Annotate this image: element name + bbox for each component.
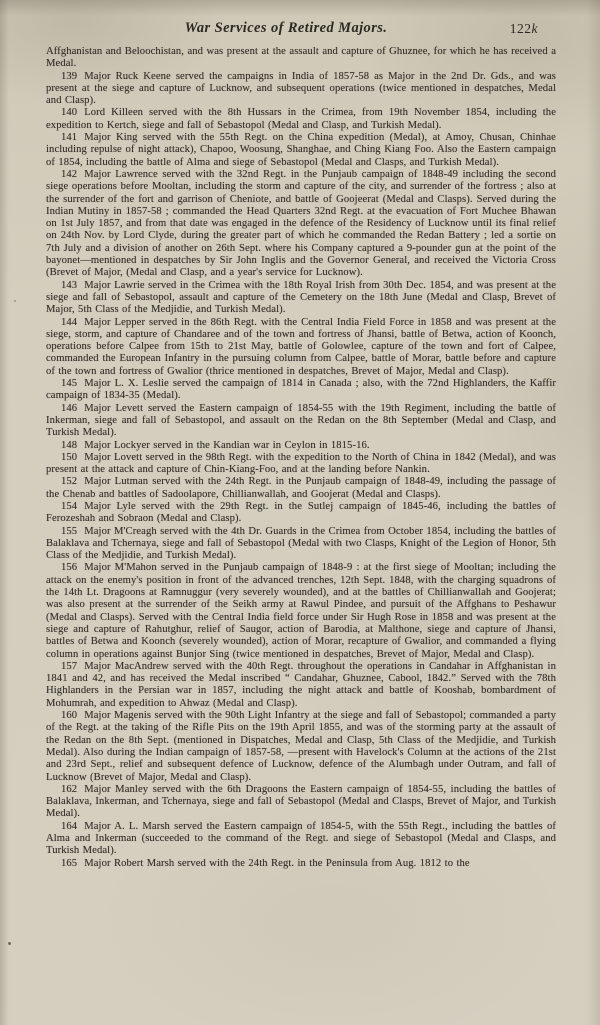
entry-text: Major Robert Marsh served with the 24th … — [84, 858, 469, 869]
paragraph: 144Major Lepper served in the 86th Regt.… — [46, 317, 556, 378]
paragraph: 152Major Lutman served with the 24th Reg… — [46, 476, 556, 501]
entry-text: Major Lawrie served in the Crimea with t… — [46, 280, 556, 316]
paragraph: 142Major Lawrence served with the 32nd R… — [46, 169, 556, 280]
ink-speck — [8, 942, 11, 945]
entry-text: Major Manley served with the 6th Dragoon… — [46, 784, 556, 820]
entry-text: Major Ruck Keene served the campaigns in… — [46, 71, 556, 107]
entry-text: Major M'Mahon served in the Punjaub camp… — [46, 562, 556, 659]
page-number-suffix: k — [532, 21, 539, 36]
entry-number: 165 — [61, 858, 77, 869]
page-number: 122k — [510, 21, 538, 37]
entry-number: 156 — [61, 562, 77, 573]
entry-number: 140 — [61, 107, 77, 118]
entry-number: 145 — [61, 378, 77, 389]
paragraph: 160Major Magenis served with the 90th Li… — [46, 710, 556, 784]
paragraph: Affghanistan and Beloochistan, and was p… — [46, 46, 556, 71]
entry-number: 160 — [61, 710, 77, 721]
entry-number: 162 — [61, 784, 77, 795]
paragraph: 148Major Lockyer served in the Kandian w… — [46, 440, 556, 452]
entry-number: 155 — [61, 526, 77, 537]
paragraph: 141Major King served with the 55th Regt.… — [46, 132, 556, 169]
entry-text: Major Lovett served in the 98th Regt. wi… — [46, 452, 556, 475]
paragraph: 139Major Ruck Keene served the campaigns… — [46, 71, 556, 108]
entry-text: Major Lepper served in the 86th Regt. wi… — [46, 317, 556, 377]
page-body: Affghanistan and Beloochistan, and was p… — [46, 46, 556, 870]
entry-text: Major MacAndrew served with the 40th Reg… — [46, 661, 556, 709]
paragraph: 150Major Lovett served in the 98th Regt.… — [46, 452, 556, 477]
entry-number: 139 — [61, 71, 77, 82]
entry-number: 148 — [61, 440, 77, 451]
entry-text: Major L. X. Leslie served the campaign o… — [46, 378, 556, 401]
entry-text: Lord Killeen served with the 8th Hussars… — [46, 107, 556, 130]
entry-number: 146 — [61, 403, 77, 414]
paragraph: 165Major Robert Marsh served with the 24… — [46, 858, 556, 870]
entry-number: 150 — [61, 452, 77, 463]
entry-text: Major Lockyer served in the Kandian war … — [84, 440, 369, 451]
entry-number: 152 — [61, 476, 77, 487]
paragraph: 145Major L. X. Leslie served the campaig… — [46, 378, 556, 403]
entry-text: Affghanistan and Beloochistan, and was p… — [46, 46, 556, 69]
entry-text: Major Levett served the Eastern campaign… — [46, 403, 556, 439]
entry-text: Major King served with the 55th Regt. on… — [46, 132, 556, 168]
page-number-digits: 122 — [510, 21, 532, 36]
book-page: War Services of Retired Majors. 122k Aff… — [0, 0, 600, 1025]
running-head: War Services of Retired Majors. 122k — [46, 19, 554, 41]
entry-number: 144 — [61, 317, 77, 328]
paragraph: 154Major Lyle served with the 29th Regt.… — [46, 501, 556, 526]
entry-text: Major Lutman served with the 24th Regt. … — [46, 476, 556, 499]
page-title: War Services of Retired Majors. — [185, 20, 388, 37]
entry-text: Major Lyle served with the 29th Regt. in… — [46, 501, 556, 524]
paragraph: 143Major Lawrie served in the Crimea wit… — [46, 280, 556, 317]
paragraph: 156Major M'Mahon served in the Punjaub c… — [46, 562, 556, 660]
entry-number: 141 — [61, 132, 77, 143]
ink-speck — [14, 300, 16, 302]
entry-number: 164 — [61, 821, 77, 832]
paragraph: 146Major Levett served the Eastern campa… — [46, 403, 556, 440]
paragraph: 162Major Manley served with the 6th Drag… — [46, 784, 556, 821]
paragraph: 164Major A. L. Marsh served the Eastern … — [46, 821, 556, 858]
entry-text: Major Lawrence served with the 32nd Regt… — [46, 169, 556, 278]
entry-number: 143 — [61, 280, 77, 291]
entry-text: Major A. L. Marsh served the Eastern cam… — [46, 821, 556, 857]
entry-number: 157 — [61, 661, 77, 672]
paragraph: 140Lord Killeen served with the 8th Huss… — [46, 107, 556, 132]
paragraph: 155Major M'Creagh served with the 4th Dr… — [46, 526, 556, 563]
paragraph: 157Major MacAndrew served with the 40th … — [46, 661, 556, 710]
entry-number: 142 — [61, 169, 77, 180]
entry-text: Major Magenis served with the 90th Light… — [46, 710, 556, 782]
entry-text: Major M'Creagh served with the 4th Dr. G… — [46, 526, 556, 562]
entry-number: 154 — [61, 501, 77, 512]
